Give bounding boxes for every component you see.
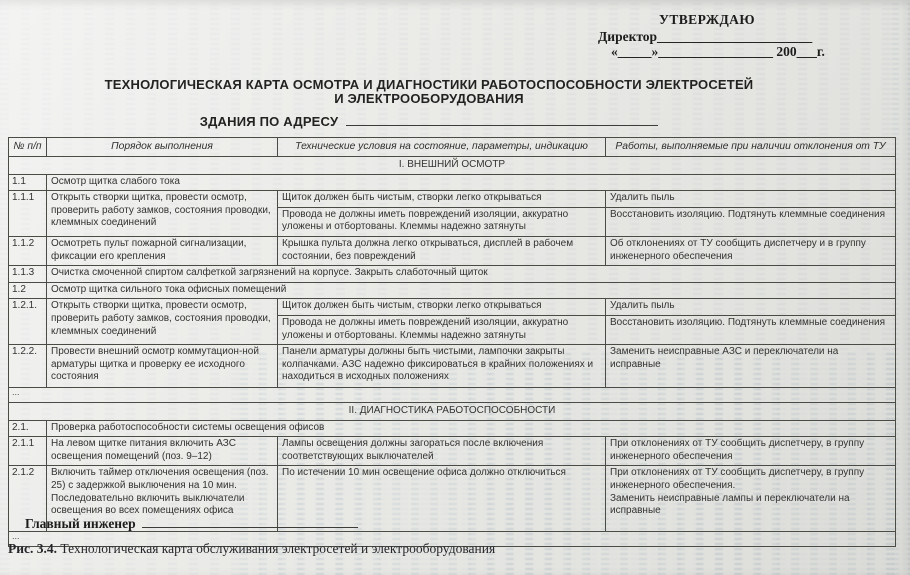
row-number: 1.1.3 — [9, 266, 47, 283]
document-title: ТЕХНОЛОГИЧЕСКАЯ КАРТА ОСМОТРА И ДИАГНОСТ… — [0, 78, 858, 129]
figure-number: Рис. 3.4. — [8, 541, 57, 556]
order-cell: Провести внешний осмотр коммутацион-ной … — [47, 345, 278, 388]
order-cell: Открыть створки щитка, провести осмотр, … — [47, 191, 278, 237]
table-row: 1.2.1.Открыть створки щитка, провести ос… — [9, 299, 896, 316]
conditions-cell: Провода не должны иметь повреждений изол… — [278, 315, 606, 344]
table-row: 1.2Осмотр щитка сильного тока офисных по… — [9, 282, 896, 299]
title-line-2: И ЭЛЕКТРООБОРУДОВАНИЯ — [0, 92, 858, 106]
row-number: 1.2.2. — [9, 345, 47, 388]
ellipsis-row: ... — [9, 388, 896, 403]
row-number: 1.1.2 — [9, 236, 47, 265]
works-cell: Об отклонениях от ТУ сообщить диспетчеру… — [606, 236, 896, 265]
table-row: 2.1.1На левом щитке питания включить АЗС… — [9, 437, 896, 466]
row-number: 2.1. — [9, 420, 47, 437]
column-header: Технические условия на состояние, параме… — [278, 138, 606, 157]
row-number: 1.1 — [9, 174, 47, 191]
signature-blank-line — [142, 516, 358, 528]
conditions-cell: Крышка пульта должна легко открываться, … — [278, 236, 606, 265]
column-header: № п/п — [9, 138, 47, 157]
table-header: № п/пПорядок выполненияТехнические услов… — [9, 138, 896, 157]
technological-card-table: № п/пПорядок выполненияТехнические услов… — [8, 137, 896, 547]
table-row: 1.1.1Открыть створки щитка, провести осм… — [9, 191, 896, 208]
order-cell: Осмотреть пульт пожарной сигнализации, ф… — [47, 236, 278, 265]
column-header: Порядок выполнения — [47, 138, 278, 157]
section-title: I. ВНЕШНИЙ ОСМОТР — [9, 156, 896, 174]
conditions-cell: Щиток должен быть чистым, створки легко … — [278, 299, 606, 316]
conditions-cell: Панели арматуры должны быть чистыми, лам… — [278, 345, 606, 388]
chief-engineer-label: Главный инженер — [25, 516, 136, 531]
order-cell: На левом щитке питания включить АЗС осве… — [47, 437, 278, 466]
section-row: I. ВНЕШНИЙ ОСМОТР — [9, 156, 896, 174]
row-number: 1.2 — [9, 282, 47, 299]
works-cell: Восстановить изоляцию. Подтянуть клеммны… — [606, 207, 896, 236]
works-cell: Восстановить изоляцию. Подтянуть клеммны… — [606, 315, 896, 344]
approval-block: УТВЕРЖДАЮ Директор______________________… — [598, 12, 860, 59]
row-text: Очистка смоченной спиртом салфеткой загр… — [47, 266, 896, 283]
table-row: 1.1Осмотр щитка слабого тока — [9, 174, 896, 191]
address-label: ЗДАНИЯ ПО АДРЕСУ — [200, 114, 339, 129]
section-row: II. ДИАГНОСТИКА РАБОТОСПОСОБНОСТИ — [9, 403, 896, 421]
title-line-1: ТЕХНОЛОГИЧЕСКАЯ КАРТА ОСМОТРА И ДИАГНОСТ… — [0, 78, 858, 92]
table-header-row: № п/пПорядок выполненияТехнические услов… — [9, 138, 896, 157]
director-signature-line: Директор_______________________ — [598, 29, 860, 44]
row-text: Осмотр щитка слабого тока — [47, 174, 896, 191]
page-content: УТВЕРЖДАЮ Директор______________________… — [0, 0, 910, 575]
conditions-cell: Провода не должны иметь повреждений изол… — [278, 207, 606, 236]
address-blank-line — [346, 114, 658, 126]
table-row: 1.1.3Очистка смоченной спиртом салфеткой… — [9, 266, 896, 283]
approval-stamp-label: УТВЕРЖДАЮ — [598, 12, 816, 27]
figure-caption-text: Технологическая карта обслуживания элект… — [57, 541, 495, 556]
ellipsis-cell: ... — [9, 388, 896, 403]
scanned-document-page: УТВЕРЖДАЮ Директор______________________… — [0, 0, 910, 575]
works-cell: Удалить пыль — [606, 191, 896, 208]
row-text: Осмотр щитка сильного тока офисных помещ… — [47, 282, 896, 299]
column-header: Работы, выполняемые при наличии отклонен… — [606, 138, 896, 157]
works-cell: Заменить неисправные АЗС и переключатели… — [606, 345, 896, 388]
works-cell: При отклонениях от ТУ сообщить диспетчер… — [606, 437, 896, 466]
conditions-cell: Лампы освещения должны загораться после … — [278, 437, 606, 466]
chief-engineer-signature: Главный инженер — [25, 516, 358, 532]
row-number: 2.1.1 — [9, 437, 47, 466]
works-cell: Удалить пыль — [606, 299, 896, 316]
works-cell: При отклонениях от ТУ сообщить диспетчер… — [606, 466, 896, 532]
section-title: II. ДИАГНОСТИКА РАБОТОСПОСОБНОСТИ — [9, 403, 896, 421]
figure-caption: Рис. 3.4. Технологическая карта обслужив… — [8, 541, 495, 557]
approval-date-line: «_____»_________________ 200___г. — [598, 44, 860, 59]
conditions-cell: Щиток должен быть чистым, створки легко … — [278, 191, 606, 208]
table-row: 1.1.2Осмотреть пульт пожарной сигнализац… — [9, 236, 896, 265]
address-row: ЗДАНИЯ ПО АДРЕСУ — [0, 114, 858, 129]
table-row: 2.1.Проверка работоспособности системы о… — [9, 420, 896, 437]
row-text: Проверка работоспособности системы освещ… — [47, 420, 896, 437]
table-row: 1.2.2.Провести внешний осмотр коммутацио… — [9, 345, 896, 388]
row-number: 1.1.1 — [9, 191, 47, 237]
order-cell: Открыть створки щитка, провести осмотр, … — [47, 299, 278, 345]
row-number: 1.2.1. — [9, 299, 47, 345]
